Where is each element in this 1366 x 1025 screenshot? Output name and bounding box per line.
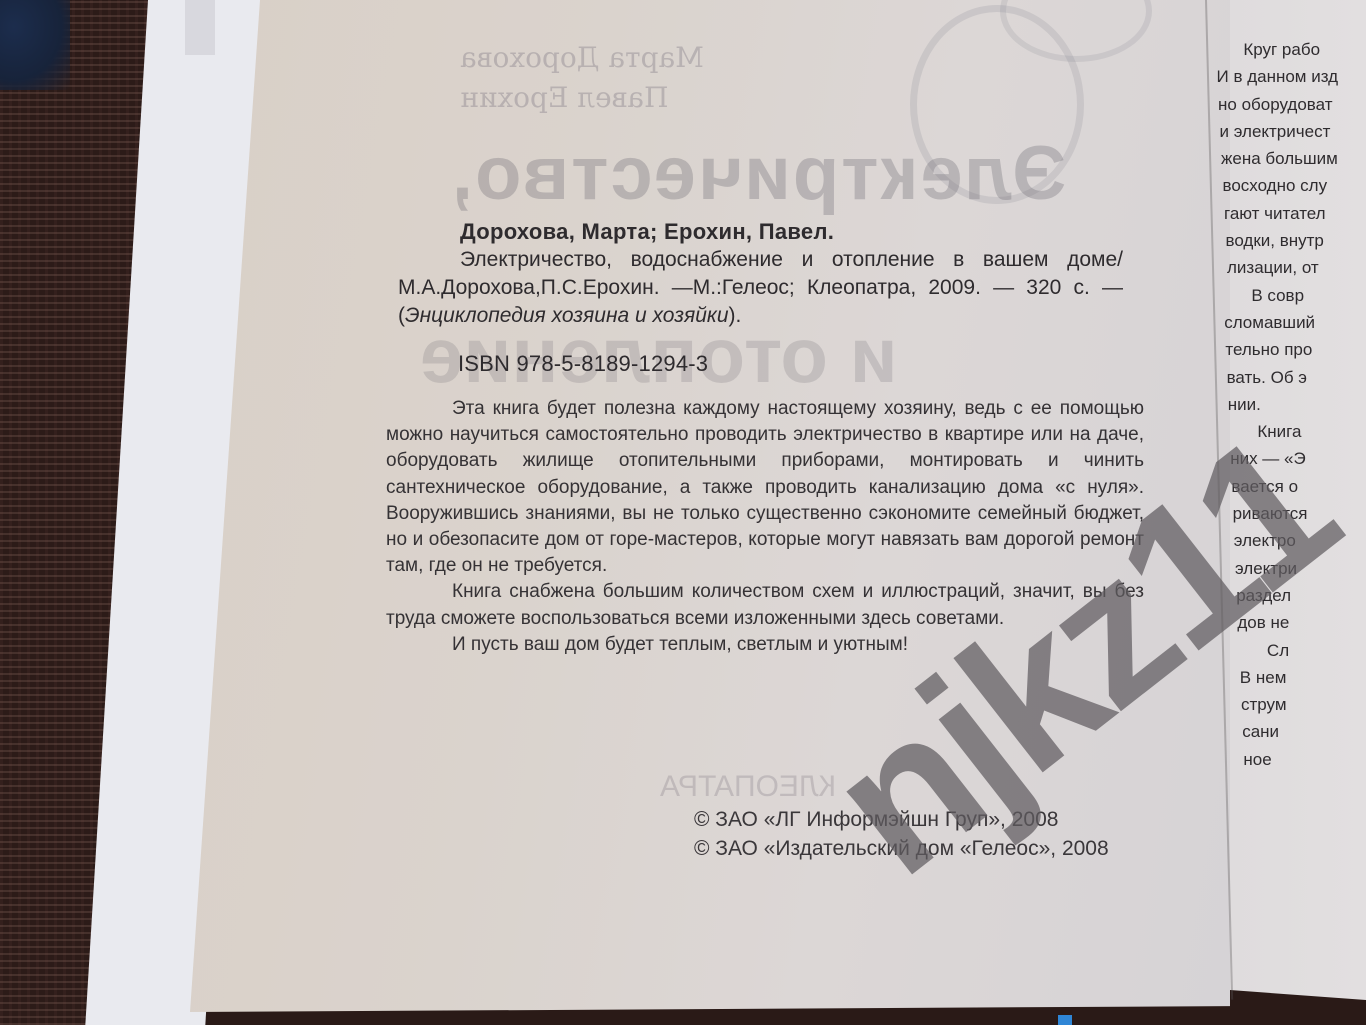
bleed-author-1: Марта Дорохова [460, 38, 770, 78]
right-page-line: сани [1215, 718, 1366, 745]
series-title: Энциклопедия хозяина и хозяйки [405, 304, 729, 327]
right-page-line: лизации, от [1215, 254, 1366, 281]
bleed-through-title: Электричество, [450, 130, 1066, 217]
right-page-line: водки, внутр [1215, 227, 1366, 254]
right-page-line: тельно про [1215, 336, 1366, 363]
bibliographic-record: Дорохова, Марта; Ерохин, Павел. Электрич… [398, 218, 1123, 330]
right-page-line: жена большим [1215, 145, 1366, 172]
authors-line: Дорохова, Марта; Ерохин, Павел. [398, 218, 1123, 246]
right-page-line: гают читател [1215, 200, 1366, 227]
right-page-line: и электричест [1215, 118, 1366, 145]
right-page-line: струм [1215, 691, 1366, 718]
fabric-blue-patch [0, 0, 70, 90]
entry-end: ). [729, 304, 742, 327]
right-page-line: но оборудоват [1215, 91, 1366, 118]
right-page-line: ное [1215, 746, 1366, 773]
bottom-blue-object [1058, 1015, 1072, 1025]
right-page-line: Круг рабо [1215, 36, 1366, 63]
bleed-author-2: Павел Ерохин [460, 78, 770, 118]
bleed-through-logo: КЛЕОПАТРА [660, 770, 836, 804]
right-page-line: В совр [1215, 282, 1366, 309]
right-page-line: восходно слу [1215, 172, 1366, 199]
bibliographic-entry: Электричество, водоснабжение и отопление… [398, 246, 1123, 330]
isbn: ISBN 978-5-8189-1294-3 [458, 351, 708, 377]
bleed-through-authors: Марта Дорохова Павел Ерохин [460, 38, 770, 118]
white-sheet-top [185, 0, 215, 55]
right-page-line: И в данном изд [1215, 63, 1366, 90]
right-page-line: сломавший [1215, 309, 1366, 336]
right-page-line: вать. Об э [1215, 364, 1366, 391]
